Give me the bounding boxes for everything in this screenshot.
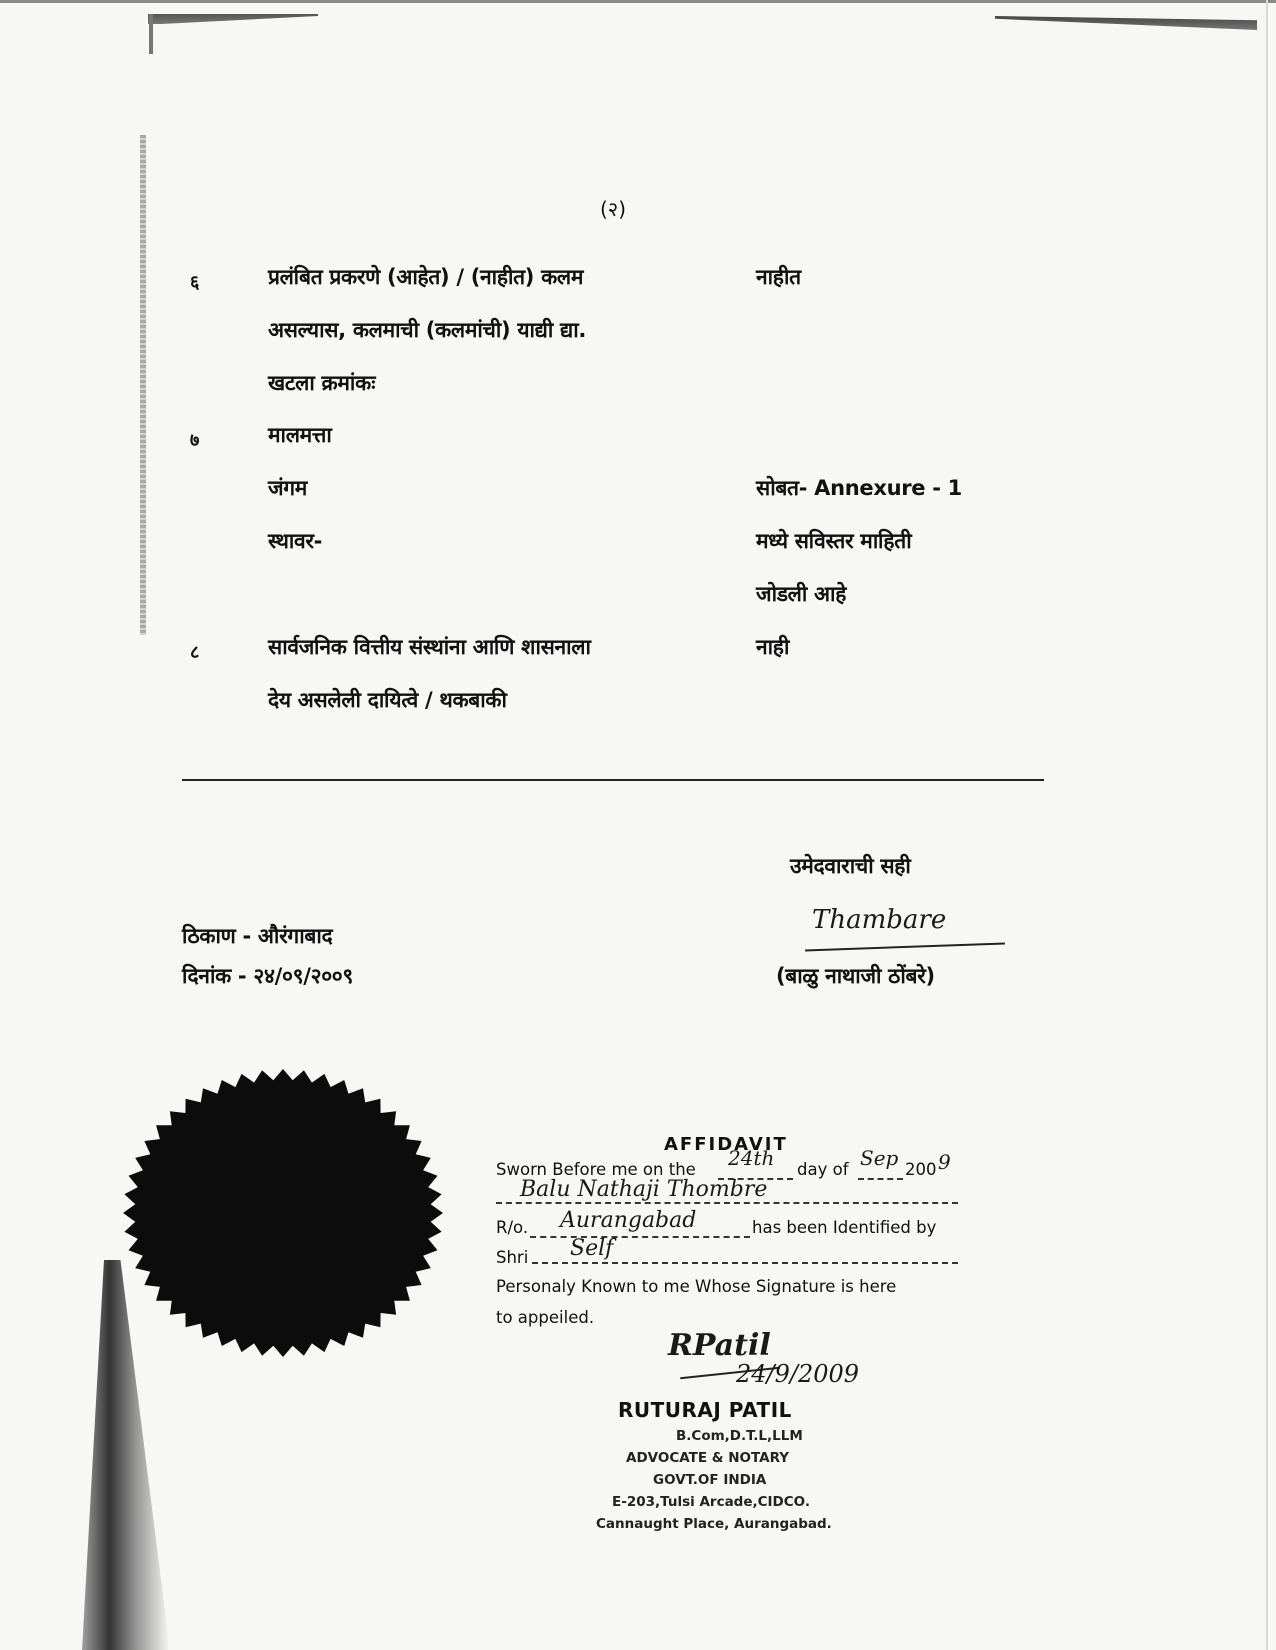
- notary-qualification: B.Com,D.T.L,LLM: [676, 1428, 803, 1444]
- date: दिनांक - २४/०९/२००९: [182, 962, 353, 990]
- candidate-name: (बाळु नाथाजी ठोंबरे): [776, 962, 935, 990]
- item-number: ६: [190, 270, 199, 294]
- known-line-2: to appeiled.: [496, 1308, 594, 1327]
- item-number: ८: [190, 640, 199, 664]
- year-suffix: 9: [938, 1150, 951, 1174]
- notary-seal-icon: [122, 1068, 444, 1358]
- month-blank: [858, 1178, 903, 1180]
- scan-corner-top-left-vertical: [149, 14, 153, 54]
- identifier-blank: [532, 1262, 958, 1264]
- deponent-name: Balu Nathaji Thombre: [520, 1177, 767, 1202]
- scan-corner-top-left: [148, 14, 318, 24]
- month-value: Sep: [860, 1146, 898, 1170]
- signature-underline: [805, 943, 1005, 952]
- item-value: नाहीत: [756, 263, 801, 291]
- identifier-value: Self: [570, 1236, 613, 1261]
- notary-sign-date: 24/9/2009: [736, 1360, 859, 1388]
- notary-govt: GOVT.OF INDIA: [653, 1472, 766, 1488]
- item-text: सार्वजनिक वित्तीय संस्थांना आणि शासनाला: [268, 633, 591, 661]
- place: ठिकाण - औरंगाबाद: [182, 922, 332, 950]
- notary-address-2: Cannaught Place, Aurangabad.: [596, 1516, 832, 1532]
- item-text: खटला क्रमांकः: [268, 369, 375, 397]
- item-sub: स्थावर-: [268, 527, 322, 555]
- day-of-label: day of: [797, 1160, 849, 1179]
- signature-label: उमेदवाराची सही: [790, 852, 911, 880]
- item-text: प्रलंबित प्रकरणे (आहेत) / (नाहीत) कलम: [268, 263, 583, 291]
- day-value: 24th: [728, 1146, 774, 1170]
- page-marker: (२): [600, 195, 626, 222]
- notary-title: ADVOCATE & NOTARY: [626, 1450, 789, 1466]
- deponent-blank: [496, 1202, 958, 1204]
- item-value: सोबत- Annexure - 1: [756, 474, 962, 502]
- notary-name: RUTURAJ PATIL: [618, 1398, 792, 1422]
- scan-edge-top: [0, 0, 1276, 3]
- item-sub: जंगम: [268, 474, 307, 502]
- item-value: जोडली आहे: [756, 580, 846, 608]
- identified-by-label: has been Identified by: [752, 1218, 936, 1237]
- scan-corner-top-right: [995, 16, 1257, 30]
- item-heading: मालमत्ता: [268, 421, 332, 449]
- candidate-signature: Thambare: [812, 905, 946, 935]
- item-value: नाही: [756, 633, 789, 661]
- residence-value: Aurangabad: [560, 1208, 696, 1233]
- residence-blank: [530, 1236, 750, 1238]
- ro-label: R/o.: [496, 1218, 528, 1237]
- year-prefix: 200: [905, 1160, 937, 1179]
- item-text: देय असलेली दायित्वे / थकबाकी: [268, 686, 507, 714]
- item-text: असल्यास, कलमाची (कलमांची) याद्यी द्या.: [268, 316, 586, 344]
- notary-address-1: E-203,Tulsi Arcade,CIDCO.: [612, 1494, 810, 1510]
- scan-left-artifact: [140, 135, 146, 635]
- shri-label: Shri: [496, 1248, 528, 1267]
- item-number: ७: [190, 428, 199, 452]
- section-divider: [182, 779, 1044, 781]
- known-line: Personaly Known to me Whose Signature is…: [496, 1277, 896, 1296]
- item-value: मध्ये सविस्तर माहिती: [756, 527, 911, 555]
- scan-edge-right: [1266, 0, 1268, 1650]
- notary-signature: RPatil: [668, 1328, 771, 1363]
